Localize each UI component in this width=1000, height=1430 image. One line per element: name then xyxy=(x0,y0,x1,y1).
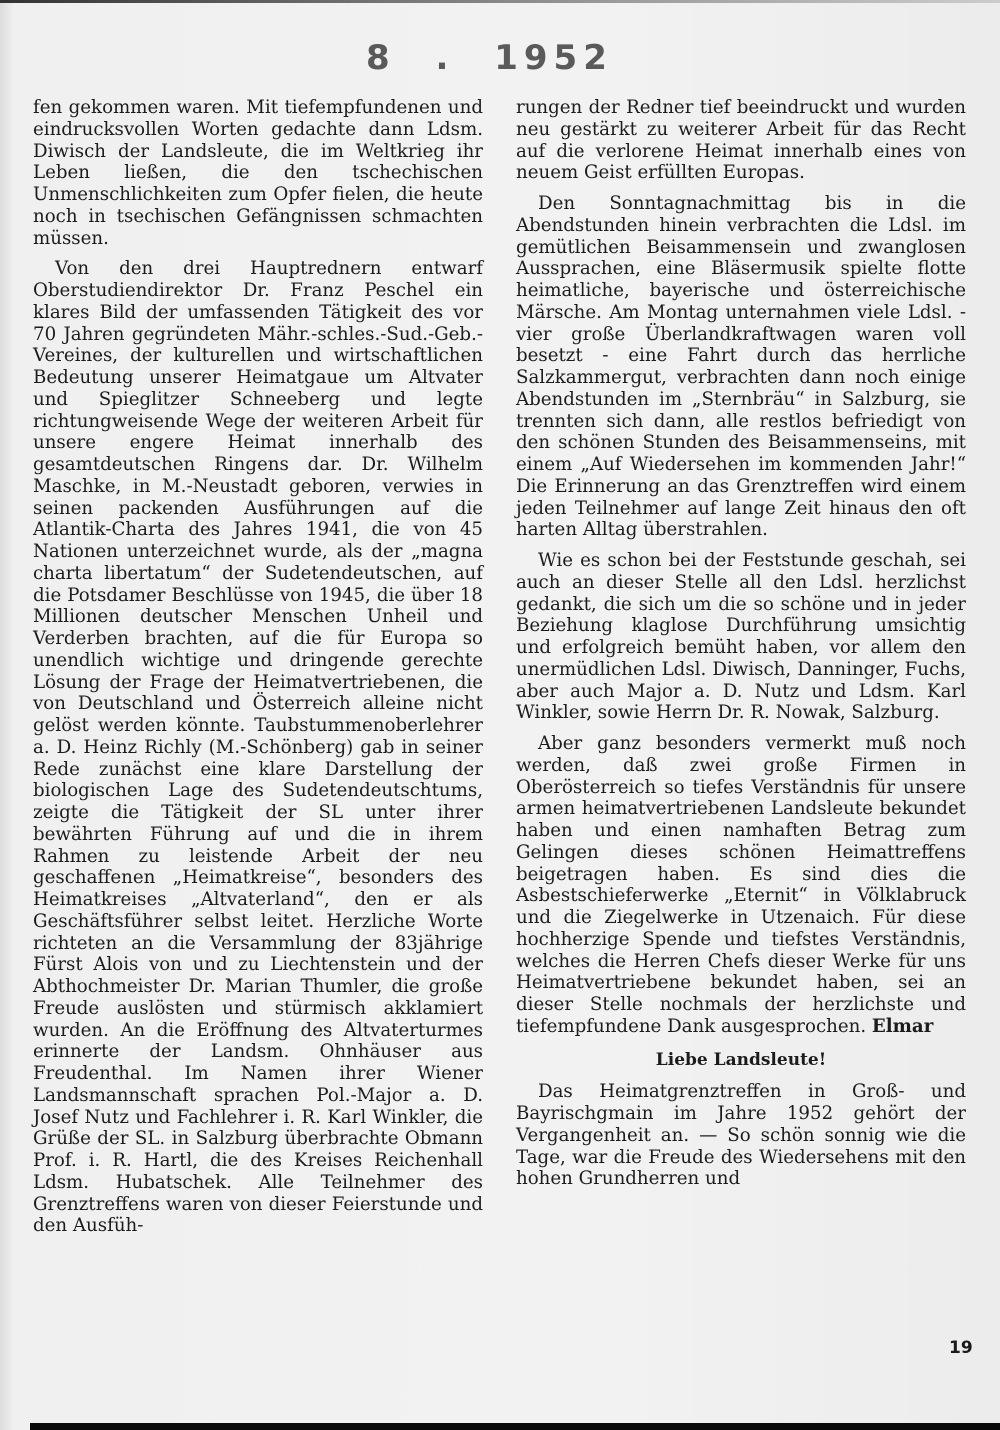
scan-top-edge xyxy=(0,0,1000,3)
left-column: fen gekommen waren. Mit tiefempfundenen … xyxy=(33,97,483,1237)
sponsors-text: Aber ganz besonders vermerkt muß noch we… xyxy=(516,733,966,1037)
page-number: 19 xyxy=(949,1338,973,1358)
date-stamp: 8 . 1952 xyxy=(366,38,613,78)
paragraph-continuation-right: rungen der Redner tief beeindruckt und w… xyxy=(516,97,966,184)
paragraph-letter: Das Heimatgrenztreffen in Groß- und Bayr… xyxy=(516,1081,966,1190)
document-page: 8 . 1952 fen gekommen waren. Mit tiefemp… xyxy=(0,0,1000,1430)
section-heading: Liebe Landsleute! xyxy=(516,1050,966,1072)
right-column: rungen der Redner tief beeindruckt und w… xyxy=(516,97,966,1199)
paragraph-sunday: Den Sonntagnachmittag bis in die Abendst… xyxy=(516,193,966,541)
paragraph-continuation: fen gekommen waren. Mit tiefempfundenen … xyxy=(33,97,483,249)
author-signature: Elmar xyxy=(872,1016,933,1037)
scan-bottom-edge xyxy=(30,1423,1000,1430)
paragraph-sponsors: Aber ganz besonders vermerkt muß noch we… xyxy=(516,733,966,1038)
paragraph-thanks: Wie es schon bei der Feststunde geschah,… xyxy=(516,550,966,724)
paragraph-speakers: Von den drei Hauptrednern entwarf Oberst… xyxy=(33,258,483,1237)
